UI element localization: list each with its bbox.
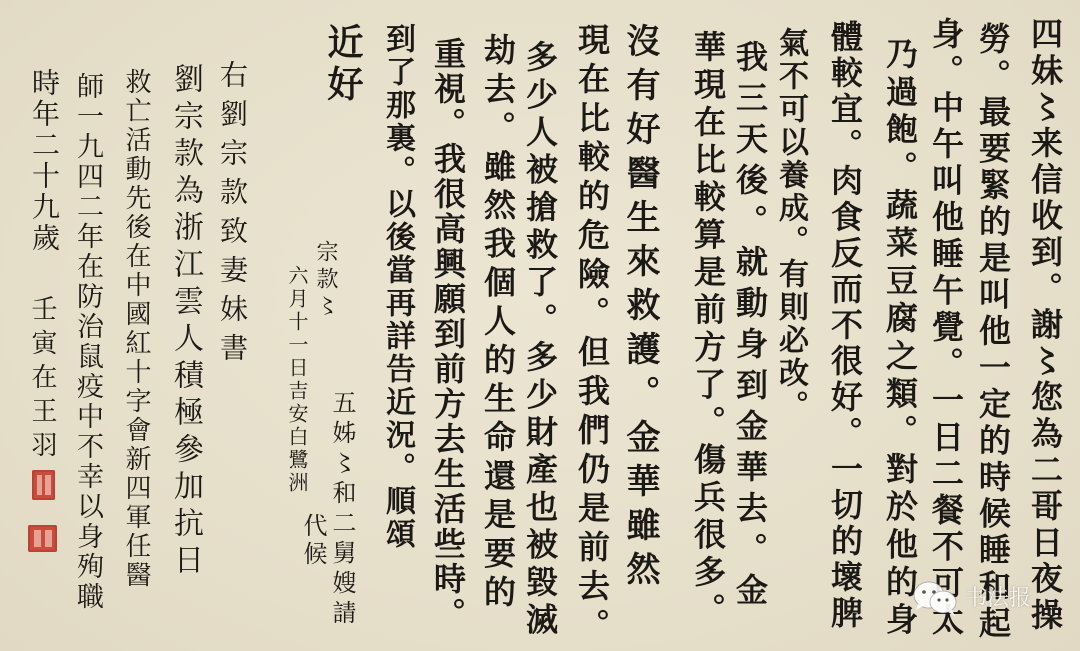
letter-column-11: 多少人被搶救了。多少財產也被毀滅 xyxy=(524,40,556,640)
calligraphy-artwork: 四妹〻来信收到。謝〻您為二哥日夜操 勞。最要緊的是叫他一定的時候睡和起 身。中午… xyxy=(0,0,1080,651)
letter-column-5: 體較宜。肉食反而不很好。一切的壞脾 xyxy=(829,20,861,632)
letter-column-12: 劫去。雖然我個人的生命還是要的 xyxy=(482,33,514,614)
letter-column-13: 重視。我很高興願到前方去生活些時。 xyxy=(432,37,464,632)
letter-column-9: 沒有好醫生來救護。金華雖然 xyxy=(623,23,657,595)
letter-date-place: 六月十一日吉安白鷺洲 xyxy=(287,265,307,495)
letter-closing: 近好 xyxy=(325,23,361,107)
letter-column-7: 我三天後。就動身到金華去。金 xyxy=(734,40,766,614)
inscription-column-1: 右劉宗款致妻妹書 xyxy=(218,60,246,372)
letter-column-6: 氣不可以養成。有則必改。 xyxy=(775,27,805,423)
watermark-text: 书法报 xyxy=(965,588,1031,610)
inscription-column-4: 師一九四二年在防治鼠疫中不幸以身殉職 xyxy=(74,72,101,612)
letter-column-8: 華現在比較算是前方了。傷兵很多。 xyxy=(692,30,724,630)
letter-column-14: 到了那裏。以後當再詳告近況。順頌 xyxy=(382,23,412,551)
inscription-column-2: 劉宗款為浙江雲人積極參加抗日 xyxy=(170,63,200,581)
inscription-column-3: 救亡活動先後在中國紅十字會新四軍任醫 xyxy=(123,68,149,590)
letter-column-4: 乃過飽。蔬菜豆腐之類。對於他的身 xyxy=(884,37,916,640)
letter-signature: 宗款〻 xyxy=(314,240,336,321)
inscription-signature: 壬寅在王羽 xyxy=(29,295,55,465)
letter-column-10: 現在比較的危險。但我們仍是前去。 xyxy=(576,23,608,647)
seal-lower xyxy=(28,525,57,552)
inscription-column-5: 時年二十九歲 xyxy=(30,68,58,254)
letter-column-2: 勞。最要緊的是叫他一定的時候睡和起 xyxy=(977,22,1009,643)
watermark: 书法报 xyxy=(912,580,1052,620)
letter-postscript-1: 五姊〻和二舅嫂請 xyxy=(330,390,354,630)
letter-column-1: 四妹〻来信收到。謝〻您為二哥日夜操 xyxy=(1029,17,1061,634)
letter-postscript-2: 代候 xyxy=(301,513,325,569)
wechat-icon xyxy=(912,580,960,618)
seal-upper xyxy=(32,470,55,500)
letter-column-3: 身。中午叫他睡午覺。一日二餐不可太 xyxy=(930,17,962,639)
